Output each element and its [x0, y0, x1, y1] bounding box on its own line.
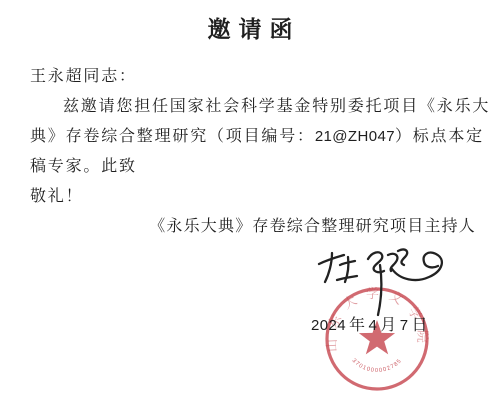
paragraph-line-2-post: ）标点本定 [395, 128, 484, 145]
letter-title: 邀请函 [0, 15, 500, 43]
date-year-label: 年 [349, 317, 366, 334]
invitation-letter-document: 邀请函 王永超同志： 兹邀请您担任国家社会科学基金特别委托项目《永乐大 典》存卷… [0, 0, 500, 402]
salute-line: 敬礼！ [30, 182, 476, 212]
greeting-line: 王永超同志： [30, 62, 476, 92]
project-code: 21@ZH047 [315, 128, 395, 145]
signature-strokes [319, 250, 442, 315]
paragraph-line-2: 典》存卷综合整理研究（项目编号：21@ZH047）标点本定 [30, 122, 476, 152]
date-day-label: 日 [412, 317, 429, 334]
seal-serial-number: 3701000002785 [351, 358, 404, 374]
paragraph-line-2-pre: 典》存卷综合整理研究（项目编号： [30, 128, 315, 145]
paragraph-line-3: 稿专家。此致 [30, 152, 476, 182]
date-day: 7 [400, 317, 409, 334]
paragraph-line-1: 兹邀请您担任国家社会科学基金特别委托项目《永乐大 [30, 92, 476, 122]
date-line: 2024年4月7日 [311, 316, 431, 336]
date-month: 4 [369, 317, 378, 334]
letter-body: 王永超同志： 兹邀请您担任国家社会科学基金特别委托项目《永乐大 典》存卷综合整理… [30, 62, 476, 242]
handwritten-signature: 杜泽逊 [312, 243, 462, 318]
closing-title-line: 《永乐大典》存卷综合整理研究项目主持人 [30, 212, 476, 242]
date-year: 2024 [311, 317, 346, 334]
date-month-label: 月 [380, 317, 397, 334]
